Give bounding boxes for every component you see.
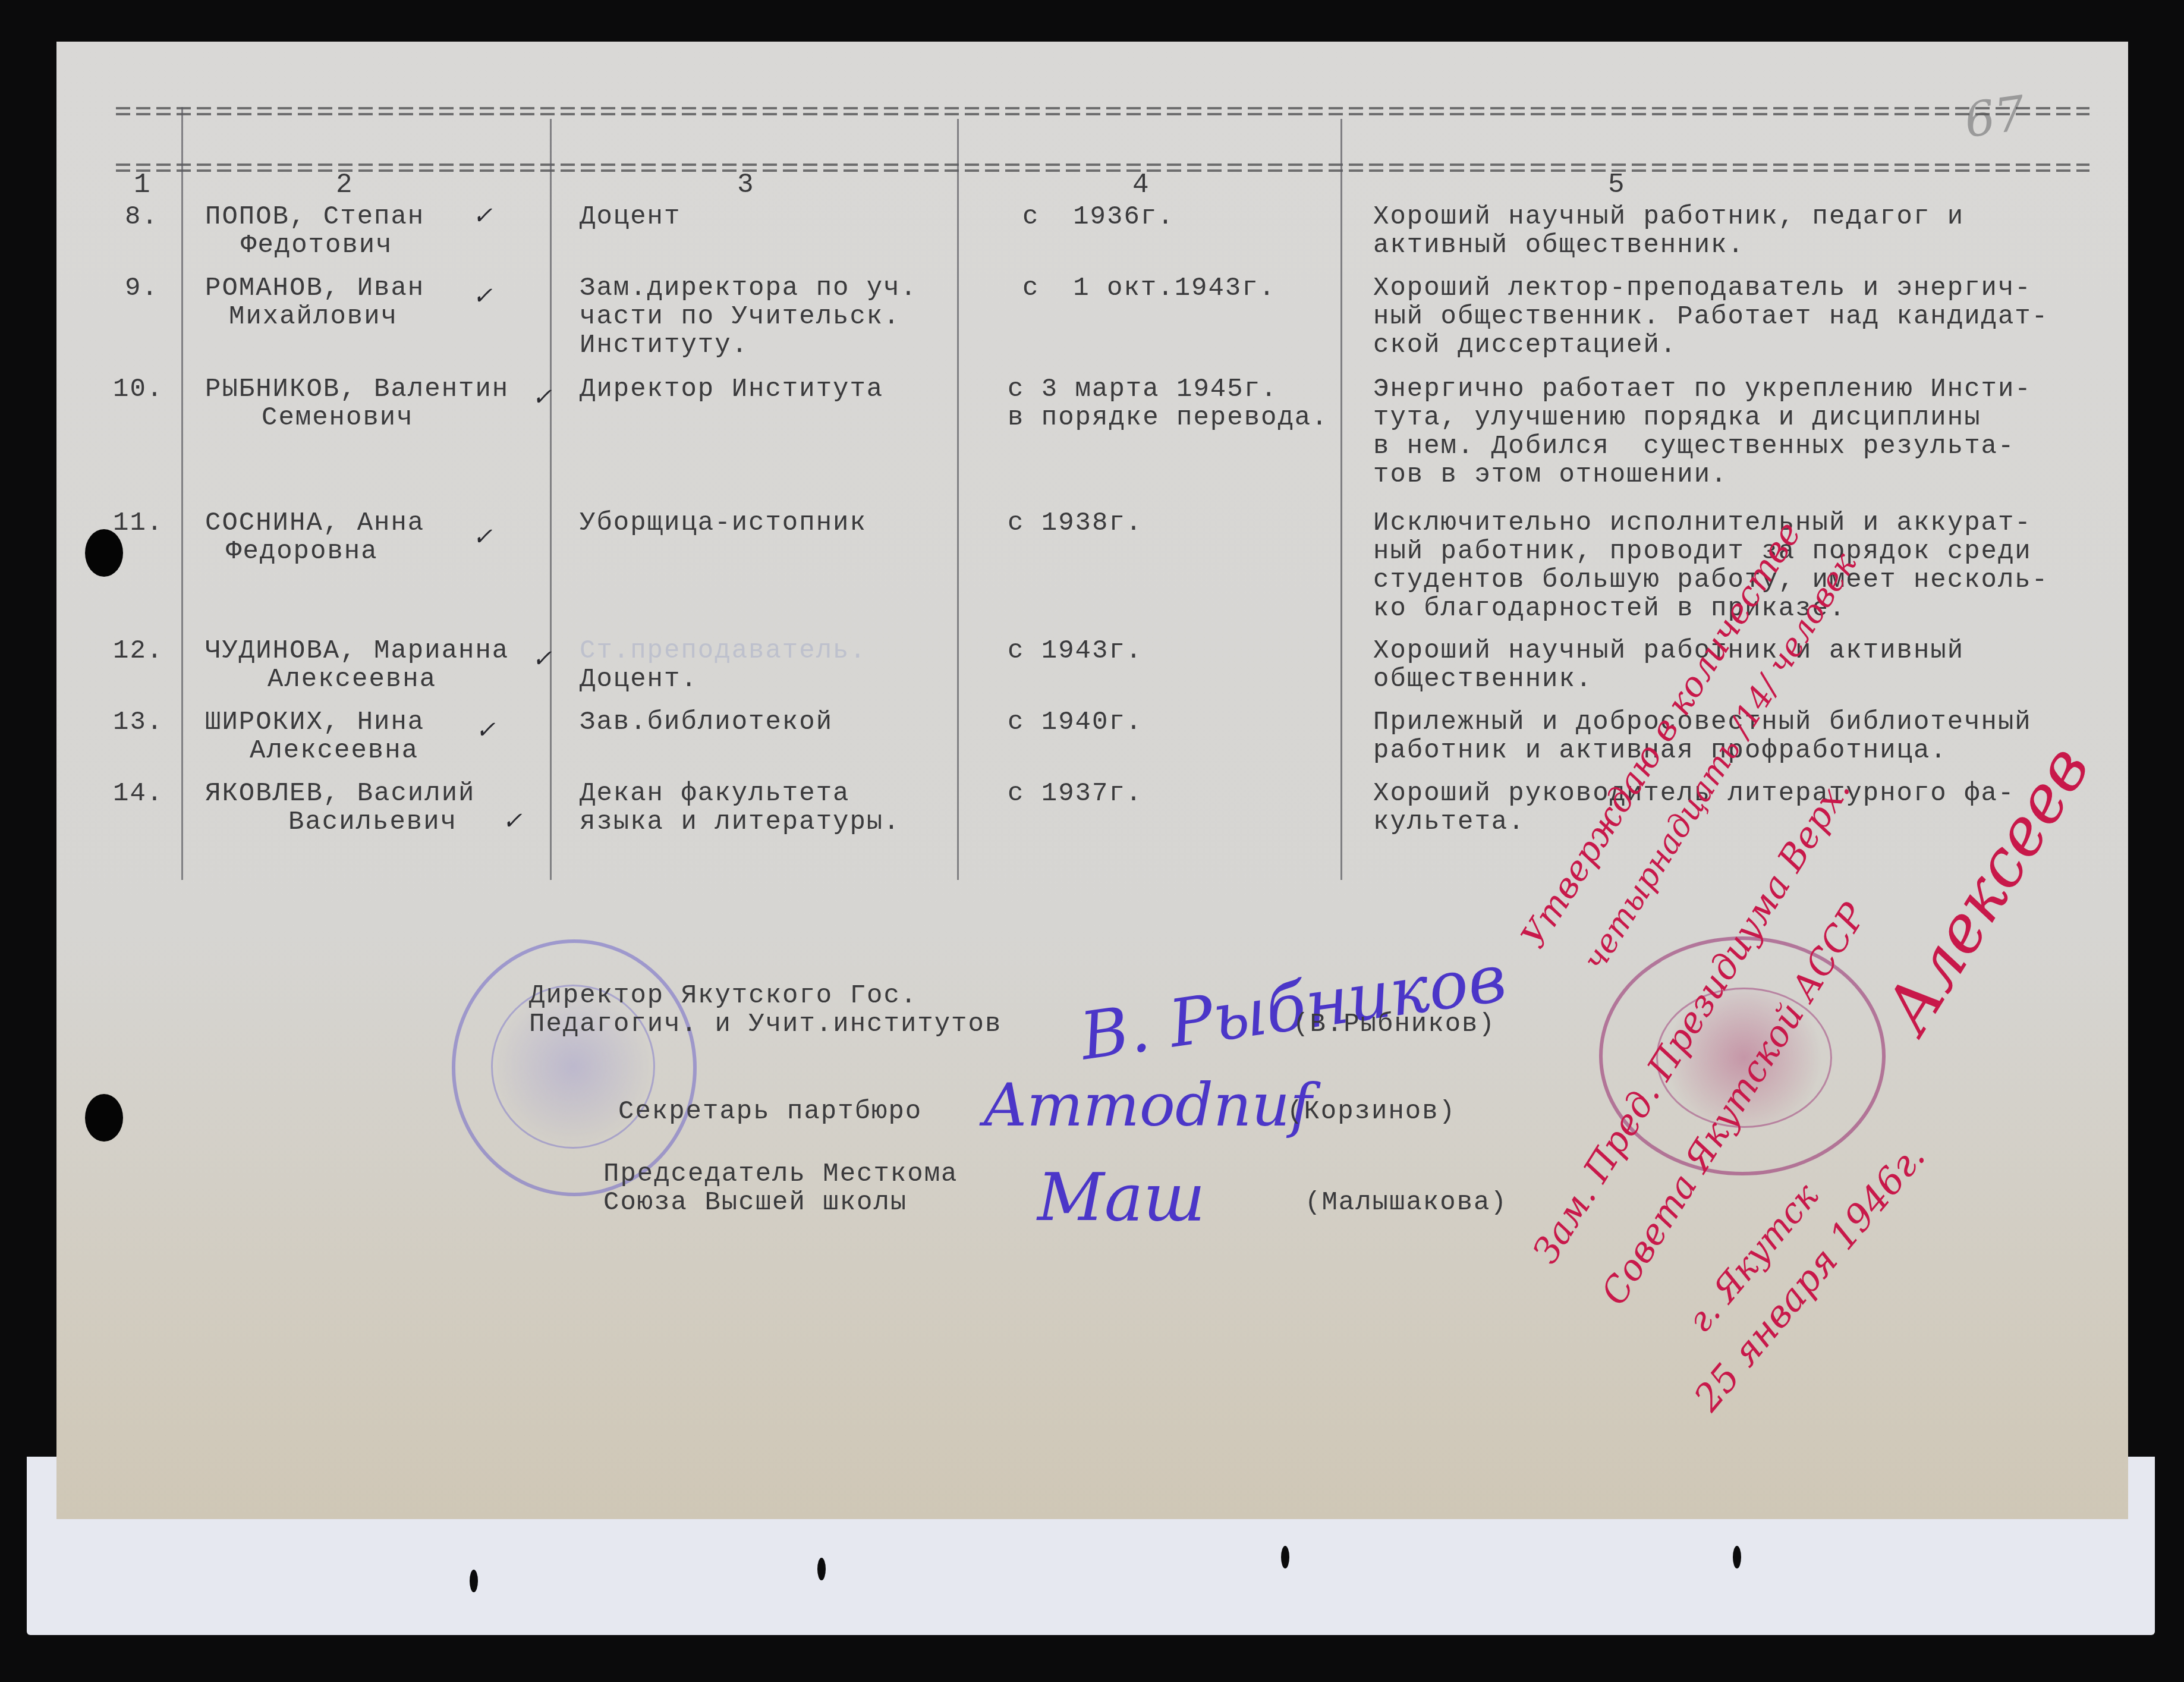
employee-surname: РОМАНОВ, Иван (205, 273, 424, 303)
position: Доцент. (580, 665, 698, 694)
column-header-3: 3 (737, 169, 754, 200)
characteristic-line: культета. (1373, 807, 1525, 837)
director-signature: В. Рыбников (1076, 939, 1511, 1074)
secretary-name: (Корзинов) (1287, 1097, 1456, 1127)
position: Директор Института (580, 375, 883, 404)
check-mark-icon: ✓ (473, 523, 493, 551)
characteristic-line: ный работник, проводит за порядок среди (1373, 537, 2032, 567)
characteristic-line: Хороший лектор-преподаватель и энергич- (1373, 273, 2032, 303)
strip-hole (470, 1570, 478, 1592)
local-committee-title: Союза Высшей школы (603, 1188, 907, 1218)
page-number: 67 (1961, 85, 2029, 148)
row-number: 10. (113, 375, 163, 404)
column-header-4: 4 (1132, 169, 1149, 200)
column-header-1: 1 (134, 169, 150, 200)
strip-hole (817, 1558, 826, 1580)
column-divider (1340, 119, 1342, 880)
document-page: 67 1 2 3 4 5 8. ПОПОВ, Степан Федотович … (56, 42, 2128, 1519)
since-date: с 3 марта 1945г. (1008, 375, 1277, 404)
characteristic-line: Хороший научный работник и активный (1373, 636, 1964, 666)
employee-surname: РЫБНИКОВ, Валентин (205, 375, 509, 404)
institute-stamp (452, 939, 697, 1196)
characteristic-line: активный общественник. (1373, 231, 1745, 260)
local-committee-signature: Маш (1037, 1159, 1205, 1235)
since-date: с 1937г. (1008, 779, 1143, 809)
employee-patronymic: Федоровна (226, 537, 378, 567)
column-divider (957, 119, 959, 880)
director-name: (В.Рыбников) (1293, 1010, 1496, 1039)
employee-surname: ШИРОКИХ, Нина (205, 708, 424, 737)
position: Зам.директора по уч. (580, 273, 917, 303)
characteristic-line: тов в этом отношении. (1373, 460, 1728, 490)
since-date: с 1943г. (1008, 636, 1143, 666)
erased-position: Ст.преподаватель. (580, 636, 867, 666)
employee-patronymic: Алексеевна (268, 665, 436, 694)
position: Зав.библиотекой (580, 708, 833, 737)
check-mark-icon: ✓ (532, 645, 552, 672)
row-number: 11. (113, 508, 163, 538)
since-date: с 1936г. (1022, 202, 1175, 232)
position: Доцент (580, 202, 681, 232)
local-committee-title: Председатель Месткома (603, 1159, 958, 1189)
check-mark-icon: ✓ (502, 807, 523, 835)
characteristic-line: Хороший научный работник, педагог и (1373, 202, 1964, 232)
employee-surname: ПОПОВ, Степан (205, 202, 424, 232)
employee-patronymic: Алексеевна (250, 736, 418, 766)
director-title: Директор Якутского Гос. (529, 981, 917, 1011)
header-rule-bottom (116, 164, 2089, 172)
employee-patronymic: Семенович (262, 403, 414, 433)
local-committee-name: (Малышакова) (1305, 1188, 1508, 1218)
characteristic-line: Исключительно исполнительный и аккурат- (1373, 508, 2032, 538)
row-number: 8. (125, 202, 159, 232)
check-mark-icon: ✓ (476, 716, 496, 744)
characteristic-line: Энергично работает по укреплению Инсти- (1373, 375, 2032, 404)
characteristic-line: ской диссертацией. (1373, 331, 1677, 360)
column-divider (181, 107, 183, 880)
characteristic-line: ко благодарностей в приказе. (1373, 594, 1846, 624)
characteristic-line: студентов большую работу, имеет несколь- (1373, 565, 2048, 595)
check-mark-icon: ✓ (473, 282, 493, 310)
since-date: в порядке перевода. (1008, 403, 1329, 433)
characteristic-line: ный общественник. Работает над кандидат- (1373, 302, 2048, 332)
position: части по Учительск. (580, 302, 901, 332)
secretary-signature: Ammodnuf (984, 1070, 1312, 1140)
strip-hole (1281, 1546, 1289, 1568)
since-date: с 1938г. (1008, 508, 1143, 538)
secretary-title: Секретарь партбюро (618, 1097, 922, 1127)
row-number: 13. (113, 708, 163, 737)
row-number: 12. (113, 636, 163, 666)
row-number: 14. (113, 779, 163, 809)
since-date: с 1 окт.1943г. (1022, 273, 1276, 303)
punch-hole (85, 1094, 123, 1142)
employee-patronymic: Васильевич (288, 807, 457, 837)
strip-hole (1733, 1546, 1741, 1568)
check-mark-icon: ✓ (473, 202, 493, 229)
column-header-2: 2 (336, 169, 353, 200)
column-header-5: 5 (1608, 169, 1625, 200)
position: Декан факультета (580, 779, 849, 809)
employee-surname: ЧУДИНОВА, Марианна (205, 636, 509, 666)
characteristic-line: тута, улучшению порядка и дисциплины (1373, 403, 1981, 433)
characteristic-line: в нем. Добился существенных результа- (1373, 432, 2015, 461)
characteristic-line: общественник. (1373, 665, 1593, 694)
header-rule-top (116, 107, 2089, 115)
position: Институту. (580, 331, 748, 360)
employee-surname: СОСНИНА, Анна (205, 508, 424, 538)
employee-surname: ЯКОВЛЕВ, Василий (205, 779, 475, 809)
column-divider (550, 119, 552, 880)
director-title: Педагогич. и Учит.институтов (529, 1010, 1002, 1039)
position: языка и литературы. (580, 807, 901, 837)
employee-patronymic: Федотович (241, 231, 393, 260)
check-mark-icon: ✓ (532, 383, 552, 411)
position: Уборщица-истопник (580, 508, 867, 538)
row-number: 9. (125, 273, 159, 303)
employee-patronymic: Михайлович (229, 302, 398, 332)
since-date: с 1940г. (1008, 708, 1143, 737)
characteristic-line: Прилежный и добросовестный библиотечный (1373, 708, 2032, 737)
